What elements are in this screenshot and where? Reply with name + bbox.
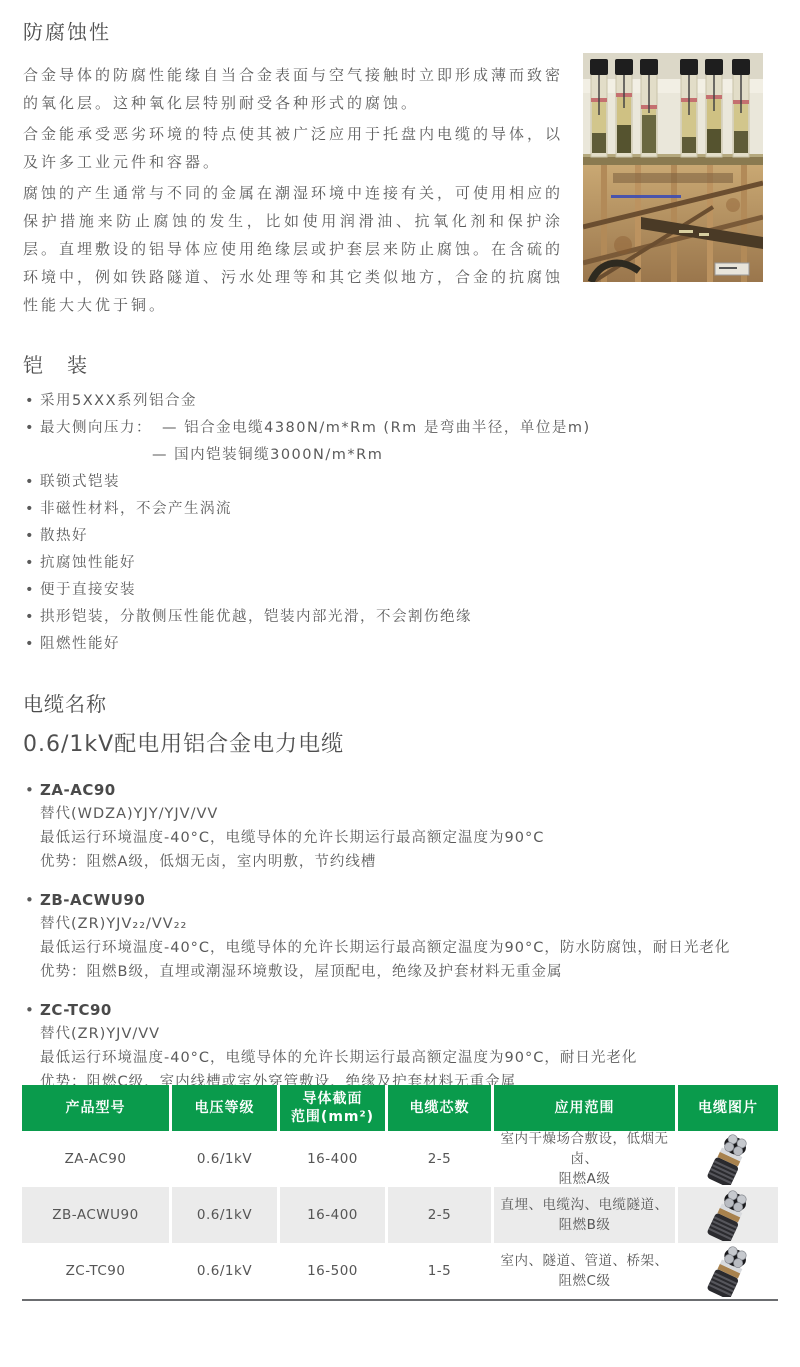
col-header-application: 应用范围 — [494, 1085, 678, 1131]
cell-section: 16-500 — [280, 1243, 388, 1299]
product-name: ZB-ACWU90 — [23, 888, 763, 912]
cell-application: 室内干燥场合敷设，低烟无卤、 阻燃A级 — [494, 1131, 678, 1187]
product-block-zc-tc90: ZC-TC90 替代(ZR)YJV/VV 最低运行环境温度-40°C，电缆导体的… — [23, 998, 763, 1094]
armor-bullet: 阻燃性能好 — [23, 631, 763, 658]
product-spec: 最低运行环境温度-40°C，电缆导体的允许长期运行最高额定温度为90°C，防水防… — [23, 936, 763, 960]
cell-cable-image — [678, 1243, 778, 1299]
cell-cores: 1-5 — [388, 1243, 494, 1299]
armor-bullet-pressure: 最大侧向压力：— 铝合金电缆4380N/m*Rm (Rm 是弯曲半径，单位是m)… — [23, 415, 763, 469]
cable-photo-icon — [702, 1245, 754, 1297]
page: 防腐蚀性 合金导体的防腐性能缘自当合金表面与空气接触时立即形成薄而致密的氧化层。… — [0, 0, 800, 1367]
corrosion-test-tubes-photo — [583, 53, 763, 165]
product-block-zb-acwu90: ZB-ACWU90 替代(ZR)YJV₂₂/VV₂₂ 最低运行环境温度-40°C… — [23, 888, 763, 984]
cell-voltage: 0.6/1kV — [172, 1131, 280, 1187]
product-spec: 最低运行环境温度-40°C，电缆导体的允许长期运行最高额定温度为90°C，耐日光… — [23, 1046, 763, 1070]
anticorrosion-paragraph-2: 合金能承受恶劣环境的特点使其被广泛应用于托盘内电缆的导体，以及许多工业元件和容器… — [23, 120, 563, 176]
cell-cable-image — [678, 1187, 778, 1243]
cell-model: ZC-TC90 — [22, 1243, 172, 1299]
armor-bullet: 拱形铠装，分散侧压性能优越，铠装内部光滑，不会割伤绝缘 — [23, 604, 763, 631]
anticorrosion-paragraph-3: 腐蚀的产生通常与不同的金属在潮湿环境中连接有关，可使用相应的保护措施来防止腐蚀的… — [23, 179, 563, 319]
section-title-anticorrosion: 防腐蚀性 — [23, 16, 763, 45]
col-header-model: 产品型号 — [22, 1085, 172, 1131]
product-replaces: 替代(ZR)YJV/VV — [23, 1022, 763, 1046]
cell-section: 16-400 — [280, 1187, 388, 1243]
cable-photo-icon — [702, 1189, 754, 1241]
cell-model: ZA-AC90 — [22, 1131, 172, 1187]
col-header-image: 电缆图片 — [678, 1085, 778, 1131]
table-row: ZC-TC90 0.6/1kV 16-500 1-5 室内、隧道、管道、桥架、 … — [22, 1243, 778, 1299]
cell-model: ZB-ACWU90 — [22, 1187, 172, 1243]
corroded-structure-photo — [583, 165, 763, 282]
col-header-voltage: 电压等级 — [172, 1085, 280, 1131]
anticorrosion-paragraph-1: 合金导体的防腐性能缘自当合金表面与空气接触时立即形成薄而致密的氧化层。这种氧化层… — [23, 61, 563, 117]
product-advantage: 优势：阻燃B级，直埋或潮湿环境敷设，屋顶配电，绝缘及护套材料无重金属 — [23, 960, 763, 984]
cell-voltage: 0.6/1kV — [172, 1243, 280, 1299]
section-title-cable-names: 电缆名称 — [23, 688, 763, 717]
cable-photo-icon — [702, 1133, 754, 1185]
cell-section: 16-400 — [280, 1131, 388, 1187]
product-name: ZA-AC90 — [23, 778, 763, 802]
armor-bullet: 非磁性材料，不会产生涡流 — [23, 496, 763, 523]
armor-bullet-pressure-line2: — 国内铠装铜缆3000N/m*Rm — [152, 442, 763, 469]
cell-cores: 2-5 — [388, 1131, 494, 1187]
cell-voltage: 0.6/1kV — [172, 1187, 280, 1243]
product-block-za-ac90: ZA-AC90 替代(WDZA)YJY/YJV/VV 最低运行环境温度-40°C… — [23, 778, 763, 874]
armor-bullet: 抗腐蚀性能好 — [23, 550, 763, 577]
product-name: ZC-TC90 — [23, 998, 763, 1022]
col-header-cores: 电缆芯数 — [388, 1085, 494, 1131]
col-header-section: 导体截面 范围(mm²) — [280, 1085, 388, 1131]
table-header-row: 产品型号 电压等级 导体截面 范围(mm²) 电缆芯数 应用范围 电缆图片 — [22, 1085, 778, 1131]
product-replaces: 替代(WDZA)YJY/YJV/VV — [23, 802, 763, 826]
armor-bullet: 散热好 — [23, 523, 763, 550]
armor-feature-list: 采用5XXX系列铝合金 最大侧向压力：— 铝合金电缆4380N/m*Rm (Rm… — [23, 388, 763, 658]
product-replaces: 替代(ZR)YJV₂₂/VV₂₂ — [23, 912, 763, 936]
armor-bullet: 便于直接安装 — [23, 577, 763, 604]
cell-cores: 2-5 — [388, 1187, 494, 1243]
product-table: 产品型号 电压等级 导体截面 范围(mm²) 电缆芯数 应用范围 电缆图片 ZA… — [22, 1085, 778, 1301]
armor-bullet: 采用5XXX系列铝合金 — [23, 388, 763, 415]
table-row: ZB-ACWU90 0.6/1kV 16-400 2-5 直埋、电缆沟、电缆隧道… — [22, 1187, 778, 1243]
product-spec: 最低运行环境温度-40°C，电缆导体的允许长期运行最高额定温度为90°C — [23, 826, 763, 850]
section-title-armor: 铠 装 — [23, 349, 763, 378]
cable-series-subtitle: 0.6/1kV配电用铝合金电力电缆 — [23, 727, 763, 758]
table-row: ZA-AC90 0.6/1kV 16-400 2-5 室内干燥场合敷设，低烟无卤… — [22, 1131, 778, 1187]
armor-bullet: 联锁式铠装 — [23, 469, 763, 496]
cell-application: 室内、隧道、管道、桥架、 阻燃C级 — [494, 1243, 678, 1299]
cell-application: 直埋、电缆沟、电缆隧道、 阻燃B级 — [494, 1187, 678, 1243]
product-advantage: 优势：阻燃A级，低烟无卤，室内明敷，节约线槽 — [23, 850, 763, 874]
cell-cable-image — [678, 1131, 778, 1187]
product-photos — [583, 53, 763, 282]
